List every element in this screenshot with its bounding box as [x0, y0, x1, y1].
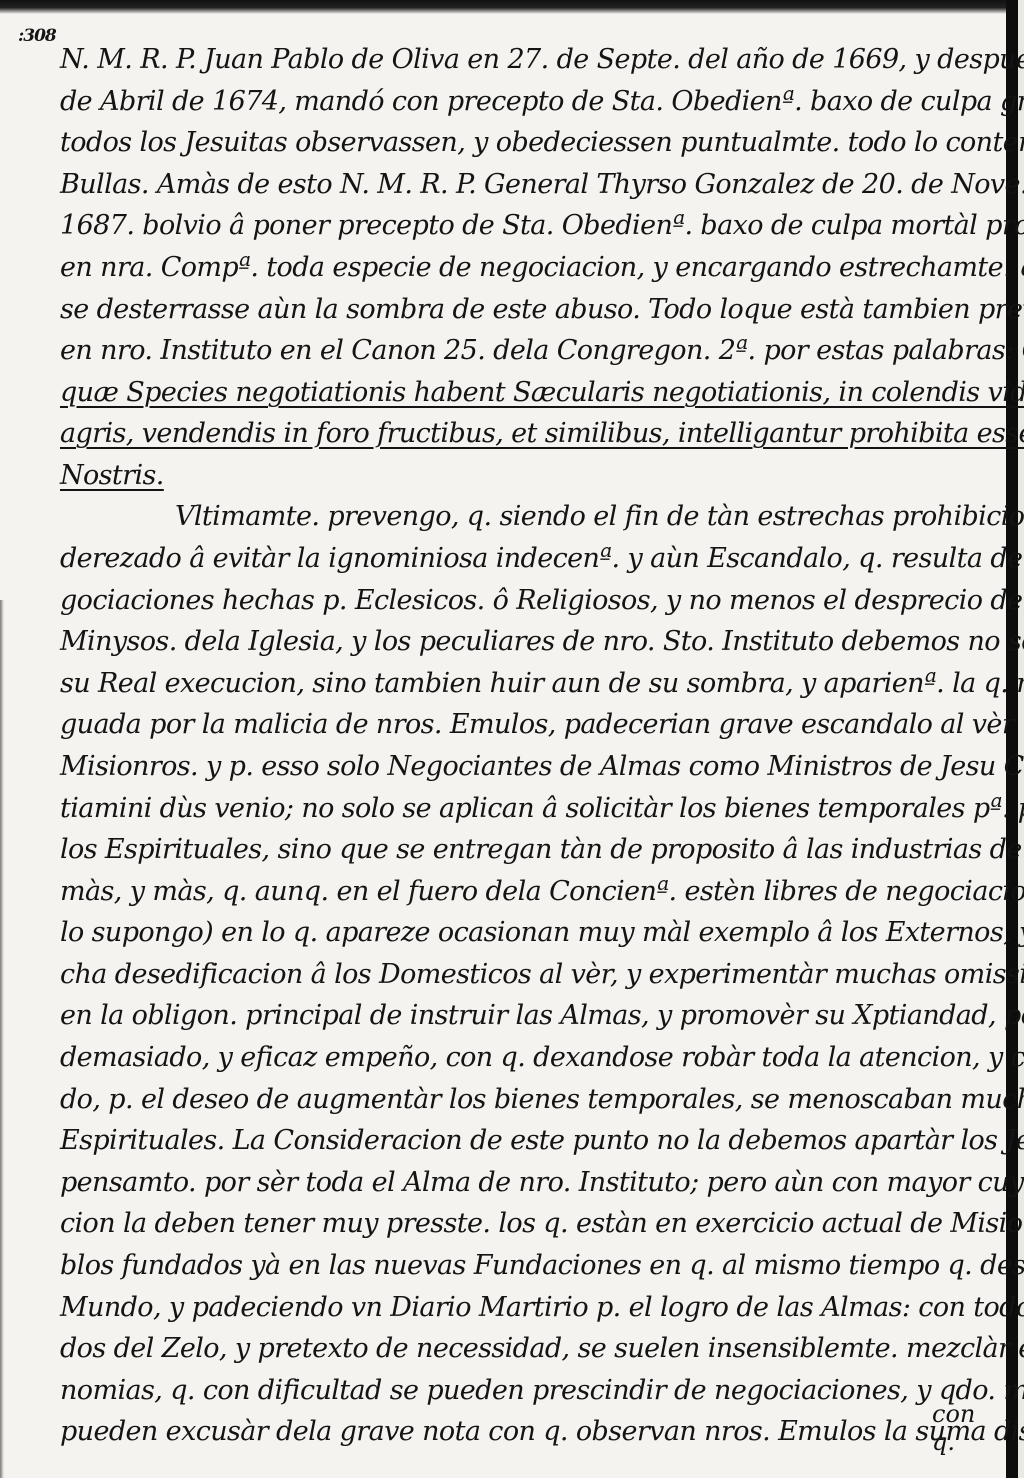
manuscript-line: 1687. bolvio â poner precepto de Sta. Ob…	[60, 210, 980, 241]
folio-number: :308	[18, 26, 56, 46]
manuscript-line: en la obligon. principal de instruir las…	[60, 1000, 980, 1031]
manuscript-line: do, p. el deseo de augmentàr los bienes …	[60, 1084, 980, 1115]
manuscript-line: nomias, q. con dificultad se pueden pres…	[60, 1375, 980, 1406]
manuscript-line: Misionros. y p. esso solo Negociantes de…	[60, 751, 980, 782]
manuscript-line: lo supongo) en lo q. apareze ocasionan m…	[60, 917, 980, 948]
manuscript-line: en nro. Instituto en el Canon 25. dela C…	[60, 335, 980, 366]
manuscript-line: N. M. R. P. Juan Pablo de Oliva en 27. d…	[60, 44, 980, 75]
manuscript-line: Minysos. dela Iglesia, y los peculiares …	[60, 626, 980, 657]
manuscript-line: agris, vendendis in foro fructibus, et s…	[60, 418, 980, 449]
manuscript-line: su Real execucion, sino tambien huir aun…	[60, 668, 980, 699]
manuscript-line: Vltimamte. prevengo, q. siendo el fin de…	[175, 501, 980, 532]
manuscript-line: tiamini dùs venio; no solo se aplican â …	[60, 793, 980, 824]
manuscript-line: los Espirituales, sino que se entregan t…	[60, 834, 980, 865]
manuscript-line: cion la deben tener muy presste. los q. …	[60, 1208, 980, 1239]
manuscript-line: de Abril de 1674, mandó con precepto de …	[60, 86, 980, 117]
manuscript-line: quæ Species negotiationis habent Sæcular…	[60, 377, 980, 408]
manuscript-line: màs, y màs, q. aunq. en el fuero dela Co…	[60, 876, 980, 907]
manuscript-line: Bullas. Amàs de esto N. M. R. P. General…	[60, 169, 980, 200]
manuscript-line: guada por la malicia de nros. Emulos, pa…	[60, 709, 980, 740]
manuscript-line: todos los Jesuitas observassen, y obedec…	[60, 127, 980, 158]
manuscript-line: demasiado, y eficaz empeño, con q. dexan…	[60, 1042, 980, 1073]
manuscript-line: derezado â evitàr la ignominiosa indecen…	[60, 543, 980, 574]
manuscript-line: se desterrasse aùn la sombra de este abu…	[60, 294, 980, 325]
manuscript-line: Espirituales. La Consideracion de este p…	[60, 1125, 980, 1156]
manuscript-line: Nostris.	[60, 460, 980, 491]
catchword: con q.	[932, 1400, 1000, 1456]
manuscript-line: dos del Zelo, y pretexto de necessidad, …	[60, 1333, 980, 1364]
manuscript-page: :308 N. M. R. P. Juan Pablo de Oliva en …	[0, 0, 1000, 1478]
manuscript-line: Mundo, y padeciendo vn Diario Martirio p…	[60, 1292, 980, 1323]
manuscript-line: cha desedificacion â los Domesticos al v…	[60, 959, 980, 990]
manuscript-line: blos fundados yà en las nuevas Fundacion…	[60, 1250, 980, 1281]
manuscript-line: gociaciones hechas p. Eclesicos. ô Relig…	[60, 585, 980, 616]
manuscript-line: en nra. Compª. toda especie de negociaci…	[60, 252, 980, 283]
manuscript-line: pensamto. por sèr toda el Alma de nro. I…	[60, 1167, 980, 1198]
manuscript-line: pueden excusàr dela grave nota con q. ob…	[60, 1416, 980, 1447]
